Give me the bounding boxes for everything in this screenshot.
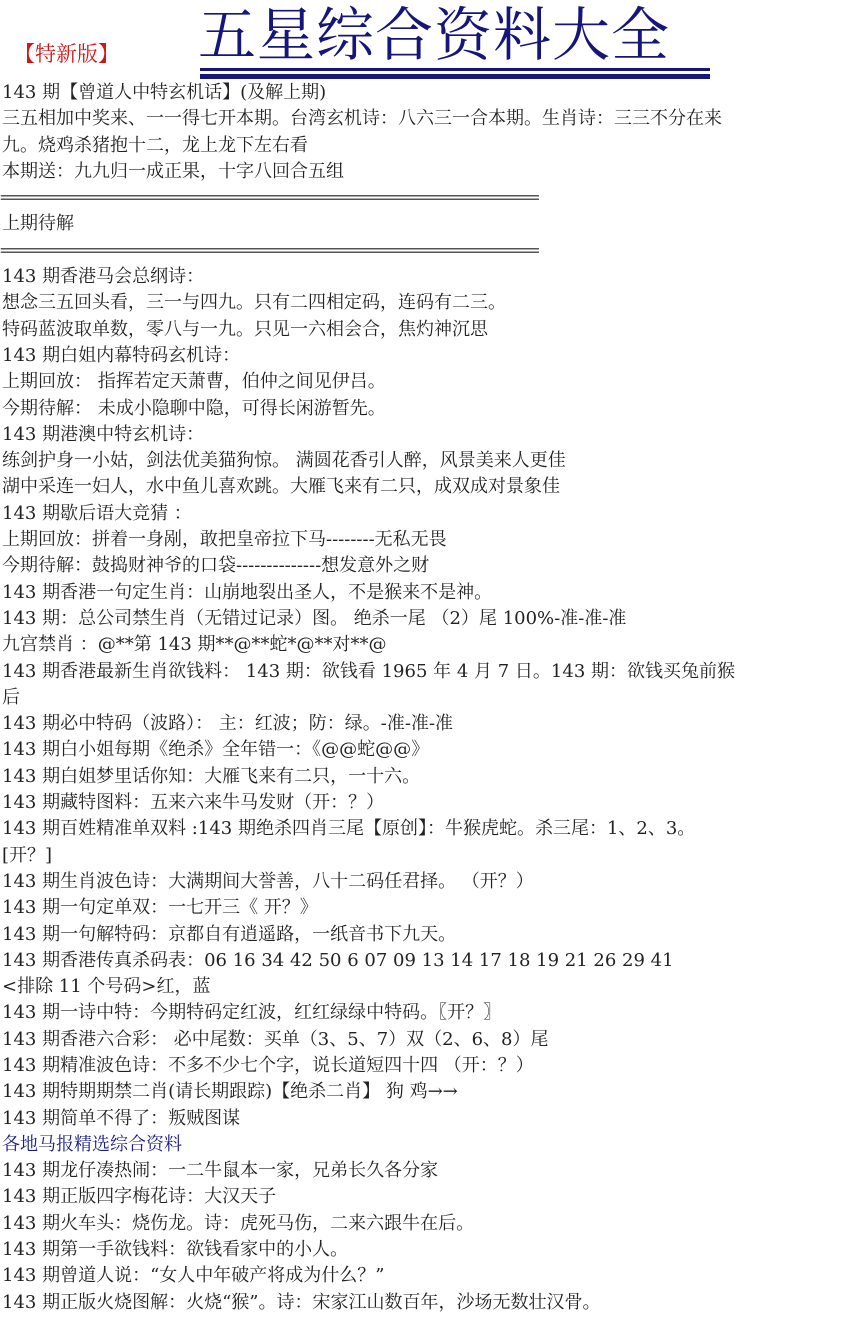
text-line: 143 期正版火烧图解：火烧“猴”。诗：宋家江山数百年，沙场无数壮汉骨。: [0, 1290, 854, 1316]
text-line: 143 期一句定单双：一七开三《 开？》: [0, 895, 854, 921]
separator: ========================================…: [0, 185, 854, 211]
text-line: 三五相加中奖来、一一得七开本期。台湾玄机诗：八六三一合本期。生肖诗：三三不分在来: [0, 106, 854, 132]
section-heading: 各地马报精选综合资料: [0, 1132, 854, 1158]
text-line: 143 期特期期禁二肖(请长期跟踪)【绝杀二肖】 狗 鸡→→: [0, 1079, 854, 1105]
text-line: <排除 11 个号码>红，蓝: [0, 974, 854, 1000]
separator: ========================================…: [0, 238, 854, 264]
text-line: 143 期：总公司禁生肖（无错过记录）图。 绝杀一尾 （2）尾 100%-准-准…: [0, 606, 854, 632]
text-line: 今期待解：鼓捣财神爷的口袋--------------想发意外之财: [0, 553, 854, 579]
page-title: 五星综合资料大全: [198, 4, 670, 66]
text-line: 143 期简单不得了：叛贼图谋: [0, 1106, 854, 1132]
text-line: 练剑护身一小姑，剑法优美猫狗惊。 满圆花香引人醉，风景美来人更佳: [0, 448, 854, 474]
text-line: 九。烧鸡杀猪抱十二，龙上龙下左右看: [0, 133, 854, 159]
text-line: 143 期龙仔凑热闹：一二牛鼠本一家，兄弟长久各分家: [0, 1158, 854, 1184]
text-line: 143 期香港传真杀码表：06 16 34 42 50 6 07 09 13 1…: [0, 948, 854, 974]
text-line: 后: [0, 685, 854, 711]
edition-tag: 【特新版】: [14, 38, 119, 68]
section-heading: 上期待解: [0, 211, 854, 237]
text-line: 143 期香港马会总纲诗：: [0, 264, 854, 290]
text-line: 143 期白姐梦里话你知：大雁飞来有二只，一十六。: [0, 764, 854, 790]
text-line: 143 期香港一句定生肖：山崩地裂出圣人，不是猴来不是神。: [0, 580, 854, 606]
text-line: 143 期百姓精准单双料 :143 期绝杀四肖三尾【原创】：牛猴虎蛇。杀三尾：1…: [0, 816, 854, 842]
text-line: 143 期白小姐每期《绝杀》全年错一：《@@蛇@@》: [0, 737, 854, 763]
text-line: 今期待解： 未成小隐聊中隐，可得长闲游暂先。: [0, 396, 854, 422]
text-line: 143 期白姐内幕特码玄机诗：: [0, 343, 854, 369]
page-header: 【特新版】 五星综合资料大全: [0, 0, 854, 82]
text-line: 想念三五回头看，三一与四九。只有二四相定码，连码有二三。: [0, 290, 854, 316]
title-underline-thin: [200, 68, 710, 71]
article-body: 143 期【曾道人中特玄机话】(及解上期) 三五相加中奖来、一一得七开本期。台湾…: [0, 80, 854, 1316]
text-line: 本期送：九九归一成正果，十字八回合五组: [0, 159, 854, 185]
text-line: 143 期一诗中特：今期特码定红波，红红绿绿中特码。〖开？〗: [0, 1000, 854, 1026]
text-line: 九宫禁肖 ：@**第 143 期**@**蛇*@**对**@: [0, 632, 854, 658]
text-line: 143 期香港最新生肖欲钱料： 143 期：欲钱看 1965 年 4 月 7 日…: [0, 659, 854, 685]
text-line: 143 期精准波色诗：不多不少七个字，说长道短四十四 （开：？）: [0, 1053, 854, 1079]
text-line: 143 期曾道人说：“女人中年破产将成为什么？”: [0, 1263, 854, 1289]
text-line: [开？]: [0, 843, 854, 869]
text-line: 143 期香港六合彩： 必中尾数：买单（3、5、7）双（2、6、8）尾: [0, 1027, 854, 1053]
text-line: 143 期正版四字梅花诗：大汉天子: [0, 1184, 854, 1210]
text-line: 143 期【曾道人中特玄机话】(及解上期): [0, 80, 854, 106]
text-line: 143 期火车头：烧伤龙。诗：虎死马伤，二来六跟牛在后。: [0, 1211, 854, 1237]
text-line: 143 期港澳中特玄机诗：: [0, 422, 854, 448]
text-line: 143 期一句解特码：京都自有逍遥路，一纸音书下九天。: [0, 922, 854, 948]
text-line: 特码蓝波取单数，零八与一九。只见一六相会合，焦灼神沉思: [0, 317, 854, 343]
text-line: 湖中采连一妇人，水中鱼儿喜欢跳。大雁飞来有二只，成双成对景象佳: [0, 474, 854, 500]
text-line: 上期回放： 指挥若定天萧曹，伯仲之间见伊吕。: [0, 369, 854, 395]
text-line: 143 期藏特图料：五来六来牛马发财（开：？）: [0, 790, 854, 816]
text-line: 143 期必中特码（波路）： 主：红波；防：绿。-准-准-准: [0, 711, 854, 737]
text-line: 143 期第一手欲钱料：欲钱看家中的小人。: [0, 1237, 854, 1263]
text-line: 上期回放：拼着一身剐，敢把皇帝拉下马--------无私无畏: [0, 527, 854, 553]
text-line: 143 期生肖波色诗：大满期间大誉善，八十二码任君择。 （开？）: [0, 869, 854, 895]
text-line: 143 期歇后语大竞猜 ：: [0, 501, 854, 527]
title-underline-thick: [200, 74, 710, 79]
